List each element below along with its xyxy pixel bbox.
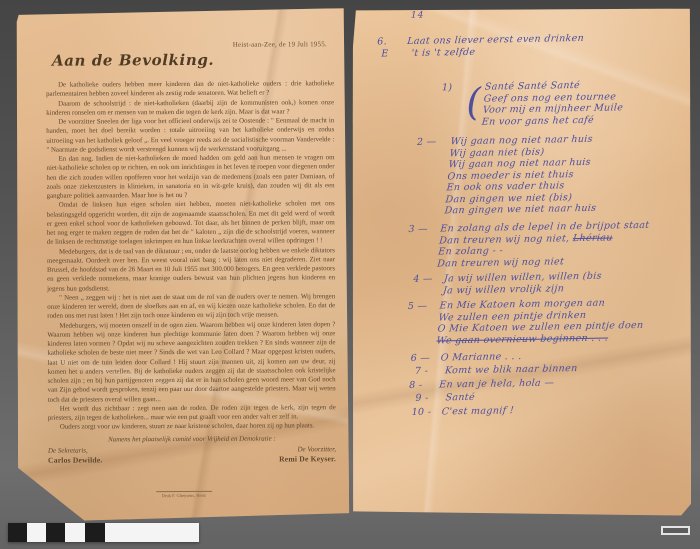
song-number: 7 - — [415, 365, 445, 377]
pamphlet-paragraph: " Neen „ zeggen wij : het is niet aan de… — [47, 292, 335, 321]
handwriting-text: En zolang als de lepel in de brijpot sta… — [440, 219, 650, 234]
handwriting-text: Ja wij willen vrolijk zijn — [442, 282, 564, 295]
photo-scale-bar — [8, 523, 199, 542]
handwriting-text: En zolang - - — [438, 245, 504, 257]
scale-segment-black — [85, 523, 105, 542]
page-title: Aan de Bevolking. — [52, 51, 214, 70]
handwriting-text: En voor gans het café — [481, 114, 594, 127]
pamphlet-paragraph: Medeburgers, dat is de taal van de dikta… — [47, 246, 335, 294]
scale-segment-white — [27, 523, 46, 542]
photo-scale-marker — [661, 526, 690, 535]
bracket-icon: ( — [466, 80, 482, 124]
song-lines: Ja wij willen willen, willen (bisJa wij … — [442, 270, 602, 296]
handwriting-area: 6.Laat ons liever eerst even drinkenE't … — [355, 5, 692, 419]
song-number: E — [381, 47, 411, 59]
song-block: 5 —En Mie Katoen kom morgen aanWe zullen… — [408, 296, 691, 347]
song-block: 10 -C'est magnif ! — [412, 402, 692, 418]
song-lines: Wij gaan nog niet naar huisWij gaan niet… — [444, 134, 603, 217]
song-number: 9 - — [415, 392, 445, 404]
pamphlet-paragraph: En dan nog. Indien de niet-katholieken d… — [46, 153, 334, 201]
handwriting-text: 't is 't zelfde — [411, 46, 476, 58]
song-number: 8 - — [409, 379, 439, 391]
handwriting-line: Santé — [445, 392, 475, 404]
pamphlet-paragraph: Omdat de linksen hun eigen scholen niet … — [47, 199, 335, 247]
song-number: 6. — [377, 36, 407, 48]
song-block: 2 —Wij gaan nog niet naar huisWij gaan n… — [417, 132, 688, 217]
song-number: 5 — — [408, 300, 438, 312]
scale-segment-black — [8, 523, 27, 542]
handwriting-line: En van je hela, hola — — [439, 377, 555, 391]
song-lines: C'est magnif ! — [441, 405, 514, 418]
handwriting-line: Ja wij willen willen, willen (bis — [443, 270, 602, 284]
handwriting-line: Dan gingen we niet naar huis — [444, 203, 597, 217]
chairman-name: Remi De Keyser. — [279, 454, 336, 464]
song-lines: En van je hela, hola — — [439, 377, 555, 391]
pamphlet-paragraph: Medeburgers, wij moeten onszelf in de og… — [47, 320, 335, 405]
secretary-name: Carlos Dewilde. — [48, 455, 103, 465]
handwriting-text: Ja wij willen willen, willen (bis — [443, 270, 602, 284]
song-number: 10 - — [412, 406, 442, 418]
song-number: 2 — — [417, 136, 447, 148]
pamphlet-paragraph: De voorzitter Sneelen der liga voor het … — [46, 116, 334, 155]
handwriting-text: En van je hela, hola — — [439, 377, 555, 390]
handwriting-text: Wij gaan nog niet naar huis — [450, 134, 593, 148]
song-lines: En zolang als de lepel in de brijpot sta… — [437, 219, 650, 269]
song-block: 1)(Santé Santé SantéGeef ons nog een tou… — [442, 78, 687, 128]
printer-imprint: Druk F. Gheysens, Heist — [156, 491, 212, 498]
song-number: 3 — — [408, 223, 438, 235]
secretary-role: De Sekretaris, — [48, 446, 103, 456]
handwriting-text: Komt we blik naar binnen — [444, 363, 578, 376]
song-number: 6 — — [411, 352, 441, 364]
song-lines: Santé — [445, 392, 475, 404]
pamphlet-paragraph: Daarom de schoolstrijd : de niet-katholi… — [46, 98, 334, 118]
song-lines: 't is 't zelfde — [411, 46, 476, 59]
handwriting-text: Dan gingen we niet naar huis — [444, 203, 597, 217]
scale-segment-white — [105, 523, 199, 542]
struck-text: Lhériau — [572, 231, 613, 243]
handwriting-line: Komt we blik naar binnen — [444, 363, 578, 377]
pamphlet-paragraph: De katholieke ouders hebben meer kindere… — [46, 79, 334, 99]
pamphlet-paragraph: Ouders zorgt voor uw kinderen, stuurt ze… — [48, 421, 336, 432]
handwritten-page: 14 6.Laat ons liever eerst even drinkenE… — [351, 7, 693, 515]
handwriting-line: Ja wij willen vrolijk zijn — [442, 282, 601, 296]
handwriting-text: Dan treuren wij nog niet, — [439, 232, 574, 245]
handwriting-text: Voor mij en mijnheer Muile — [482, 102, 623, 115]
handwriting-line: C'est magnif ! — [441, 405, 514, 418]
scale-segment-white — [65, 523, 85, 542]
song-block: 4 —Ja wij willen willen, willen (bisJa w… — [413, 269, 689, 297]
chairman-role: De Voorzitter, — [279, 445, 336, 455]
handwriting-line: 't is 't zelfde — [411, 46, 476, 59]
song-lines: Santé Santé SantéGeef ons nog een tourne… — [481, 79, 625, 128]
handwriting-line: En voor gans het café — [481, 114, 622, 128]
handwriting-text: Dan treuren wij nog niet — [437, 255, 565, 268]
song-lines: En Mie Katoen kom morgen aanWe zullen ee… — [436, 296, 646, 346]
song-lines: Komt we blik naar binnen — [444, 363, 578, 377]
song-block: 3 —En zolang als de lepel in de brijpot … — [408, 219, 689, 270]
secretary-signature: De Sekretaris, Carlos Dewilde. — [48, 446, 103, 465]
handwriting-text: C'est magnif ! — [441, 405, 514, 417]
struck-text: We gaan overnieuw beginnen . . . — [436, 332, 609, 346]
scale-segment-black — [46, 523, 65, 542]
song-lines: O Marianne . . . — [440, 351, 522, 364]
pamphlet-page: Heist-aan-Zee, de 19 Juli 1955. Aan de B… — [16, 8, 350, 521]
signature-row: De Sekretaris, Carlos Dewilde. De Voorzi… — [48, 445, 336, 465]
committee-line: Namens het plaatselijk comité voor Vrijh… — [48, 434, 336, 445]
date-line: Heist-aan-Zee, de 19 Juli 1955. — [233, 40, 327, 48]
handwriting-line: O Marianne . . . — [440, 351, 522, 364]
chairman-signature: De Voorzitter, Remi De Keyser. — [279, 445, 336, 464]
handwriting-text: Santé — [445, 392, 475, 404]
pamphlet-paragraph: Het wordt dus zichtbaar : zegt neen aan … — [48, 403, 336, 423]
pamphlet-body: De katholieke ouders hebben meer kindere… — [46, 79, 336, 465]
handwriting-text: O Marianne . . . — [440, 351, 522, 363]
song-number: 4 — — [413, 273, 443, 285]
